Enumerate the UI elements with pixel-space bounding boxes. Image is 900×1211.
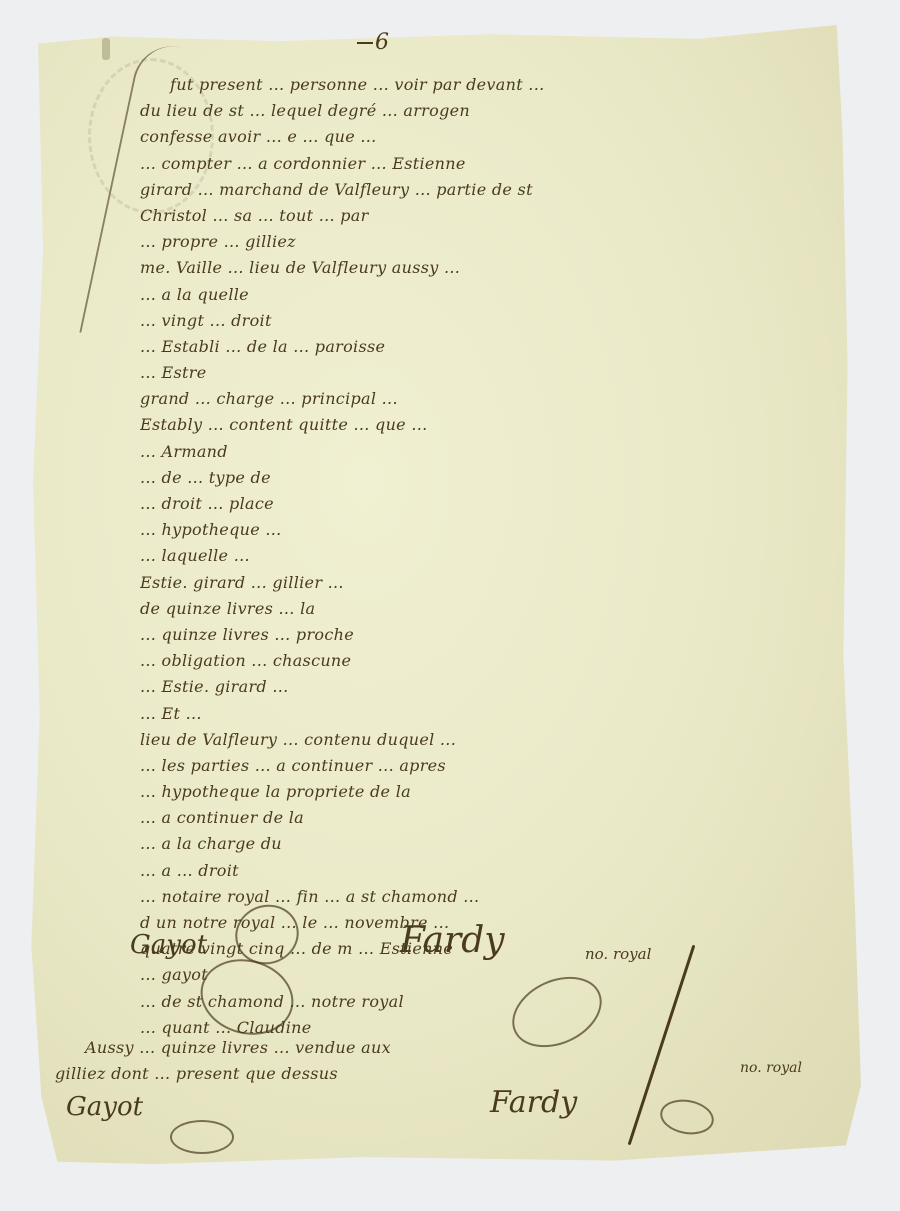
text-line: ... Estie. girard ... — [140, 674, 860, 700]
text-line: ... propre ... gilliez — [140, 229, 860, 255]
text-line: ... a la charge du — [140, 831, 860, 857]
signature-gayot: Gayot — [130, 930, 207, 960]
text-line: ... compter ... a cordonnier ... Estienn… — [140, 151, 860, 177]
postscript: Aussy ... quinze livres ... vendue aux g… — [55, 1035, 855, 1087]
signature-fardy: Fardy — [490, 1085, 577, 1120]
text-line: ... les parties ... a continuer ... apre… — [140, 753, 860, 779]
text-line: girard ... marchand de Valfleury ... par… — [140, 177, 860, 203]
text-line: ... Estre — [140, 360, 860, 386]
page-number: 6 — [375, 30, 389, 55]
signature-gayot: Gayot — [66, 1092, 143, 1122]
text-line: ... laquelle ... — [140, 543, 860, 569]
text-line: ... hypotheque ... — [140, 517, 860, 543]
manuscript-body: fut present ... personne ... voir par de… — [140, 72, 860, 1041]
notary-royal-mark: no. royal — [585, 945, 651, 963]
ink-stain — [102, 38, 110, 60]
text-line: grand ... charge ... principal ... — [140, 386, 860, 412]
text-line: ... hypotheque la propriete de la — [140, 779, 860, 805]
text-line: ... Et ... — [140, 701, 860, 727]
text-line: ... vingt ... droit — [140, 308, 860, 334]
text-line: ... a ... droit — [140, 858, 860, 884]
text-line: ... de ... type de — [140, 465, 860, 491]
text-line: ... quinze livres ... proche — [140, 622, 860, 648]
text-line: ... Establi ... de la ... paroisse — [140, 334, 860, 360]
text-line: du lieu de st ... lequel degré ... arrog… — [140, 98, 860, 124]
text-line: ... droit ... place — [140, 491, 860, 517]
text-line: confesse avoir ... e ... que ... — [140, 124, 860, 150]
notary-royal-mark: no. royal — [740, 1060, 802, 1076]
text-line: fut present ... personne ... voir par de… — [140, 72, 860, 98]
text-line: ... Armand — [140, 439, 860, 465]
text-line: Aussy ... quinze livres ... vendue aux — [55, 1035, 855, 1061]
text-line: lieu de Valfleury ... contenu duquel ... — [140, 727, 860, 753]
text-line: me. Vaille ... lieu de Valfleury aussy .… — [140, 255, 860, 281]
signature-paraphe — [170, 1120, 234, 1154]
text-line: Estably ... content quitte ... que ... — [140, 412, 860, 438]
text-line: ... notaire royal ... fin ... a st chamo… — [140, 884, 860, 910]
text-line: de quinze livres ... la — [140, 596, 860, 622]
text-line: ... obligation ... chascune — [140, 648, 860, 674]
text-line: gilliez dont ... present que dessus — [55, 1061, 855, 1087]
text-line: ... a continuer de la — [140, 805, 860, 831]
text-line: Estie. girard ... gillier ... — [140, 570, 860, 596]
signature-fardy: Fardy — [400, 920, 505, 961]
text-line: ... a la quelle — [140, 282, 860, 308]
text-line: Christol ... sa ... tout ... par — [140, 203, 860, 229]
